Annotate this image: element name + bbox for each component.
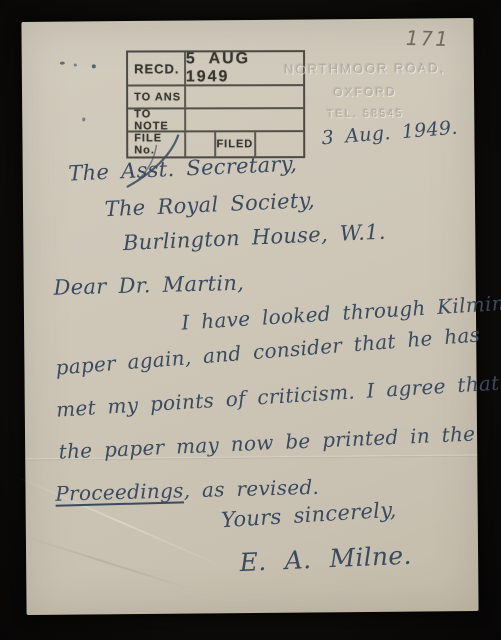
- salutation: Dear Dr. Martin,: [53, 271, 244, 300]
- address-line: The Asst. Secretary,: [68, 152, 298, 186]
- letterhead-road: NORTHMOOR ROAD,: [260, 56, 470, 82]
- letter-paper: 171 RECD. 5 AUG 1949 TO ANS TO NOTE FILE…: [21, 18, 478, 615]
- body-line: the paper may now be printed in the: [58, 422, 476, 464]
- body-line-final: Proceedings, as revised.: [55, 475, 319, 506]
- body-line: paper again, and consider that he has: [55, 322, 481, 379]
- scanned-letter-photo: 171 RECD. 5 AUG 1949 TO ANS TO NOTE FILE…: [0, 0, 501, 640]
- address-line: Burlington House, W.1.: [122, 220, 386, 255]
- body-line: met my points of criticism. I agree that: [55, 371, 500, 422]
- ink-smudge: [74, 64, 77, 67]
- folio-number: 171: [403, 26, 452, 51]
- stamp-to-ans-label: TO ANS: [128, 86, 186, 107]
- paper-crease: [20, 534, 192, 590]
- underlined-word: Proceedings: [55, 478, 184, 505]
- ink-smudge: [60, 62, 65, 65]
- closing: Yours sincerely,: [220, 498, 397, 533]
- letterhead-city: OXFORD: [260, 80, 470, 104]
- stamp-recd-label: RECD.: [128, 52, 186, 84]
- stamp-to-note-label: TO NOTE: [128, 109, 186, 130]
- ink-smudge: [82, 117, 85, 121]
- ink-smudge: [92, 64, 96, 68]
- embossed-letterhead: NORTHMOOR ROAD, OXFORD TEL. 58545: [260, 56, 471, 126]
- body-final-rest: , as revised.: [183, 475, 319, 503]
- signature: E. A. Milne.: [239, 541, 412, 577]
